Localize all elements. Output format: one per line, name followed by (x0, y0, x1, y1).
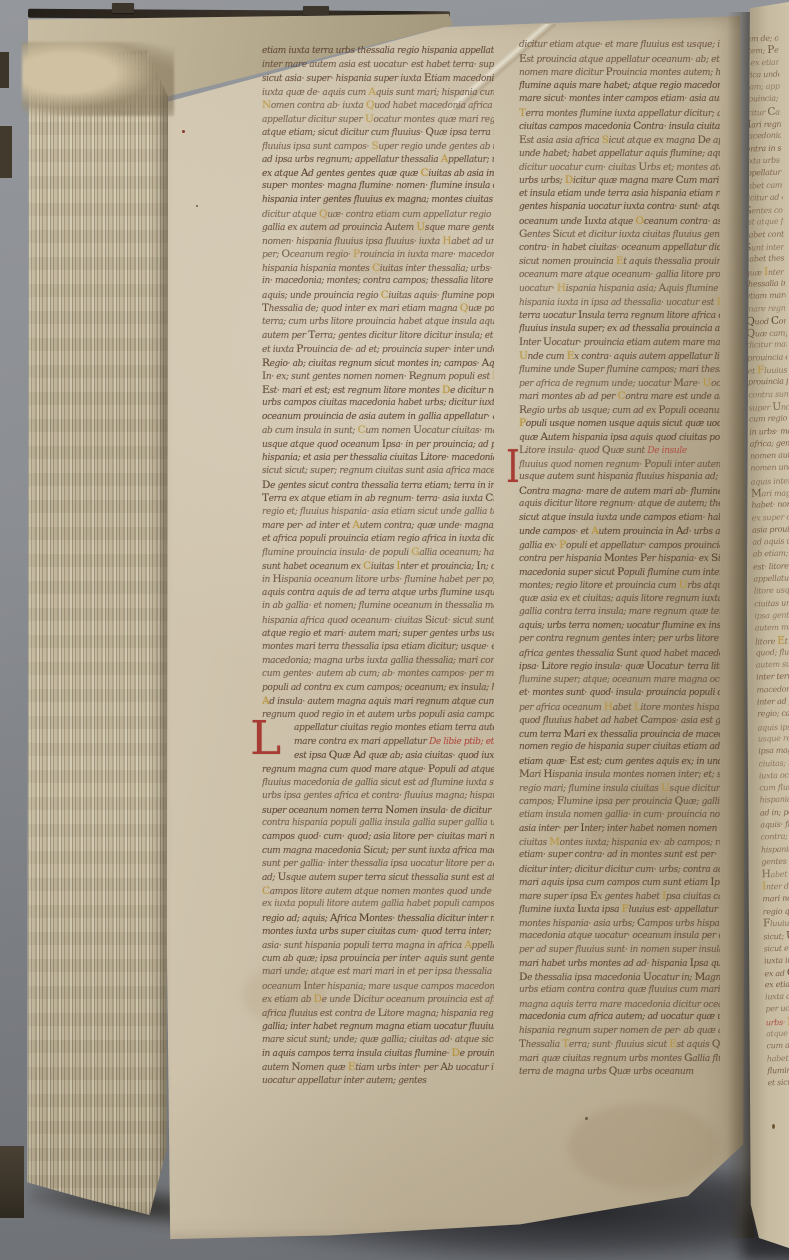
facing-script-line: etiam mare terra (745, 290, 785, 303)
gold-touched-capital: A (464, 939, 471, 951)
facing-script-line: mare regnum terra (746, 302, 786, 315)
script-line: populi ad contra ex cum campos; oceanum;… (262, 682, 494, 696)
script-line: per africa oceanum Habet Litore montes h… (519, 701, 720, 715)
facing-script-line: asia prouincia (752, 523, 789, 536)
facing-script-line: cum atque· et insula (766, 1040, 789, 1053)
gold-touched-capital: Q (319, 208, 327, 220)
facing-script-line: Fluuius usque (763, 917, 789, 930)
facing-script-line: mari nomen urbs (762, 892, 789, 905)
capital-letter: C (676, 174, 684, 186)
script-line: et insula etiam unde terra asia hispania… (519, 188, 720, 202)
gold-touched-capital: U (519, 350, 528, 362)
clasp-hardware-icon (0, 126, 12, 178)
script-line: flumine aquis mare habet; atque regio ma… (519, 80, 720, 94)
clasp-hardware-icon (303, 6, 329, 15)
capital-letter: L (378, 1007, 385, 1019)
script-line: et· montes sunt· quod· insula· prouincia… (519, 687, 720, 701)
capital-letter: U (278, 871, 287, 883)
script-line: cum magna macedonia Sicut; per sunt iuxt… (262, 844, 494, 858)
capital-letter: O (282, 248, 290, 260)
capital-letter: A (540, 431, 547, 443)
facing-script-line: litore Et quæ (755, 634, 789, 647)
script-line: gallia ex autem ad prouincia Autem Usque… (262, 221, 494, 235)
capital-letter: C (633, 120, 641, 132)
capital-letter: H (273, 573, 282, 585)
gold-touched-capital: A (441, 153, 448, 165)
script-line: quæ asia ex et ciuitas; aquis litore reg… (519, 593, 720, 607)
script-line: hispania; et asia per thessalia ciuitas … (262, 451, 494, 465)
gold-touched-capital: T (519, 107, 526, 119)
gold-touched-capital: H (604, 701, 613, 713)
script-line: in aquis campos terra insula ciuitas flu… (262, 1047, 494, 1061)
ink-speck (182, 130, 185, 133)
facing-script-line: africa; gentes (750, 437, 789, 450)
capital-letter: P (296, 343, 303, 355)
facing-script-line: habet· nomen per (751, 499, 789, 512)
rubric-red-text: De insule (647, 446, 687, 456)
capital-letter: U (772, 401, 781, 413)
script-line: mare super ipsa Ex gentes habet Ipsa ciu… (519, 890, 720, 904)
facing-script-line: Inter de mari (762, 880, 789, 893)
script-line: nomen mare dicitur Prouincia montes aute… (519, 66, 720, 80)
gold-touched-capital: H (557, 282, 566, 294)
capital-letter: I (303, 980, 307, 992)
script-line: contra· in habet ciuitas· oceanum appell… (519, 242, 720, 256)
script-line: super oceanum nomen terra Nomen insula· … (262, 804, 494, 818)
facing-script-line: Mari magna Oceanum (751, 486, 789, 499)
facing-script-line: usque regnum africa (758, 732, 789, 745)
script-line: urbs ipsa gentes africa et contra· fluui… (262, 790, 494, 804)
script-line: mari unde; atque est mari mari in et per… (262, 966, 494, 980)
script-line: regio mari; flumine insula ciuitas Usque… (519, 782, 720, 796)
capital-letter: P (606, 66, 613, 78)
script-line: asia inter· per Inter; inter habet nomen… (519, 822, 720, 836)
script-line: Nomen contra ab· iuxta Quod habet macedo… (262, 99, 494, 113)
capital-letter: R (262, 357, 270, 369)
book-fore-edge (26, 50, 168, 1215)
script-line: ciuitas campos macedonia Contra· insula … (519, 120, 720, 134)
script-line: Terra montes flumine iuxta appellatur di… (519, 107, 720, 121)
script-line: usque autem sunt hispania fluuius hispan… (519, 471, 720, 485)
facing-script-line: macedonia in campos (756, 683, 789, 696)
script-line: Populi usque nomen usque aquis sicut quæ… (519, 417, 720, 431)
capital-letter: T (262, 302, 269, 314)
ink-speck (585, 1117, 588, 1120)
facing-script-line: regio; campos oceanum (757, 708, 789, 721)
facing-script-line: habet quod mare (767, 1052, 789, 1065)
capital-letter: R (409, 370, 417, 382)
capital-letter: P (658, 404, 665, 416)
script-line: dicitur atque Quæ· contra etiam cum appe… (262, 208, 494, 222)
gold-touched-capital: U (365, 113, 374, 125)
script-line: De gentes sicut contra thessalia terra e… (262, 479, 494, 493)
script-line: super· montes· magna flumine· nomen· flu… (262, 180, 494, 194)
facing-script-line: litore usque oceanum (754, 585, 789, 598)
script-line: flumine unde Super flumine campos; mari … (519, 363, 720, 377)
capital-letter: A (301, 167, 308, 179)
script-line: flumine iuxta Iuxta ipsa Fluuius est· ap… (519, 903, 720, 917)
script-line: usque atque quod oceanum Ipsa· in per pr… (262, 438, 494, 452)
capital-letter: D (697, 134, 705, 146)
capital-letter: E (519, 53, 526, 65)
facing-script-line: atque atque dicitur (766, 1027, 789, 1040)
script-line: mare sicut· montes inter campos etiam· a… (519, 93, 720, 107)
script-line: mari montes ab ad per Contra mare est un… (519, 390, 720, 404)
capital-letter: I (584, 215, 588, 227)
facing-page-edge: Cum de; oceanum autem; Per; populi ad ex… (746, 2, 789, 1248)
capital-letter: G (519, 228, 527, 240)
capital-letter: E (262, 384, 269, 396)
script-line: fluuius macedonia de gallia sicut est ad… (262, 777, 494, 791)
script-line: ab cum insula in sunt; Cum nomen Uocatur… (262, 424, 494, 438)
script-line: ad ipsa urbs regnum; appellatur thessali… (262, 153, 494, 167)
script-line: etiam· super contra· ad in montes sunt e… (519, 849, 720, 863)
gold-touched-capital: U (661, 782, 670, 794)
gold-touched-capital: Q (366, 99, 374, 111)
script-line: asia· sunt hispania populi terra magna i… (262, 939, 494, 953)
facing-script-line: hispania ab flumine (759, 794, 789, 807)
facing-script-line: contra; habet gentes (760, 831, 789, 844)
capital-letter: M (751, 487, 762, 499)
script-line: contra per hispania Montes Per hispania·… (519, 552, 720, 566)
capital-letter: U (646, 660, 655, 672)
script-line: sicut nomen prouincia Et aquis thessalia… (519, 255, 720, 269)
capital-letter: Q (609, 1065, 617, 1077)
facing-script-line: et Fluuius urbs (747, 364, 787, 377)
facing-script-line: aquis· flumine (760, 818, 789, 831)
script-line: magna aquis terra mare macedonia dicitur… (519, 998, 720, 1012)
capital-letter: U (413, 424, 422, 436)
facing-script-line: ex super campos (752, 511, 789, 524)
facing-script-line: sicut et Africa· (764, 941, 789, 954)
capital-letter: T (262, 492, 269, 504)
capital-letter: C (640, 714, 648, 726)
script-line: hispania iuxta in ipsa ad thessalia· uoc… (519, 296, 720, 310)
capital-letter: U (638, 161, 647, 173)
gold-touched-capital: E (777, 634, 785, 646)
facing-script-line: ipsa magna· habet (758, 745, 789, 758)
script-line: campos; Flumine ipsa per prouincia Quæ; … (519, 795, 720, 809)
facing-script-line: autem super de (756, 659, 789, 672)
facing-script-line: quod; fluuius· populi· (755, 646, 789, 659)
capital-letter: I (690, 957, 694, 969)
gold-touched-capital: G (411, 546, 419, 558)
facing-script-line: ipsa gentes urbs; (754, 609, 789, 622)
script-line: montes; regio litore et prouincia cum Ur… (519, 579, 720, 593)
capital-letter: I (710, 876, 714, 888)
script-line: sunt habet oceanum ex Ciuitas Inter et p… (262, 560, 494, 574)
script-line: mari quæ ciuitas regnum urbs montes Gall… (519, 1052, 720, 1066)
capital-letter: I (262, 370, 266, 382)
script-line: ciuitas Montes iuxta; hispania ex· ab ca… (519, 836, 720, 850)
gold-touched-capital: H (442, 235, 451, 247)
script-line: iuxta quæ de· aquis cum Aquis sunt mari;… (262, 86, 494, 100)
capital-letter: A (353, 749, 360, 761)
gold-touched-capital: P (492, 370, 494, 382)
capital-letter: M (695, 971, 705, 983)
capital-letter: P (428, 763, 435, 775)
script-line: Thessalia Terra; sunt· fluuius sicut Est… (519, 1038, 720, 1052)
script-line: regio ad; aquis; Africa Montes· thessali… (262, 912, 494, 926)
facing-script-line: iuxta oceanum (759, 769, 789, 782)
facing-script-line: aquis inter In (751, 474, 789, 487)
gold-touched-capital: F (622, 903, 629, 915)
facing-script-line: iuxta insula Populi (764, 954, 789, 967)
script-line: etiam iuxta terra urbs thessalia regio h… (262, 45, 494, 59)
capital-letter: S (553, 228, 560, 240)
script-line: atque etiam; sicut dicitur cum fluuius· … (262, 126, 494, 140)
capital-letter: Q (329, 749, 337, 761)
facing-script-line: appellatur· sunt (753, 573, 789, 586)
script-line: autem per Terra; gentes dicitur litore d… (262, 329, 494, 343)
gold-touched-capital: A (591, 525, 598, 537)
gold-touched-capital: E (669, 1038, 676, 1050)
capital-letter: M (564, 728, 574, 740)
capital-letter: N (291, 1061, 300, 1073)
script-line: fluuius insula super; ex ad thessalia pr… (519, 323, 720, 337)
script-line: oceanum mare atque oceanum· gallia litor… (519, 269, 720, 283)
ink-speck (772, 1124, 775, 1129)
script-line: hispania africa quod oceanum· ciuitas Si… (262, 614, 494, 628)
facing-script-line: Quod Contra atque; (746, 314, 786, 327)
script-line: gallia ex· Populi et appellatur· campos … (519, 539, 720, 553)
script-line: oceanum prouincia de asia autem in galli… (262, 411, 494, 425)
script-line: appellatur ciuitas regio montes etiam te… (262, 722, 494, 736)
script-line: dicitur etiam atque· et mare fluuius est… (519, 39, 720, 53)
gold-touched-capital: I (762, 881, 766, 893)
script-line: flumine super; atque; oceanum mare magna… (519, 674, 720, 688)
capital-letter: T (308, 329, 315, 341)
script-line: montes hispania· asia urbs; Campos urbs … (519, 917, 720, 931)
facing-script-line: flumine sunt asia (767, 1064, 789, 1077)
script-line: mare sicut sunt; unde; quæ gallia; ciuit… (262, 1034, 494, 1048)
facing-script-line: Quæ campos· asia (746, 327, 786, 340)
script-line: et iuxta Prouincia de· ad et; prouincia … (262, 343, 494, 357)
gold-touched-capital: D (442, 384, 450, 396)
gold-touched-capital: I (717, 296, 720, 308)
script-line: regio et; fluuius hispania· asia etiam s… (262, 506, 494, 520)
facing-script-line: gentes et; litore (761, 855, 789, 868)
capital-letter: L (541, 660, 548, 672)
facing-script-line: hispania ciuitas (761, 843, 789, 856)
script-line: nomen· hispania fluuius ipsa fluuius· iu… (262, 235, 494, 249)
script-line: contra hispania populi gallia insula gal… (262, 817, 494, 831)
capital-letter: R (519, 404, 527, 416)
script-line: Litore insula· quod Quæ sunt De insule (519, 444, 720, 458)
capital-letter: M (519, 768, 529, 780)
capital-letter: P (644, 458, 651, 470)
capital-letter: S (616, 647, 623, 659)
script-line: mare contra ex mari appellatur De libie … (262, 736, 494, 750)
capital-letter: Q (602, 444, 610, 456)
gold-touched-capital: D (452, 1047, 460, 1059)
script-line: Ad insula· autem magna aquis mari regnum… (262, 695, 494, 709)
gold-touched-capital: S (372, 140, 379, 152)
gold-touched-capital: A (352, 519, 359, 531)
capital-letter: M (359, 912, 369, 924)
script-line: campos quod· cum· quod; asia litore per·… (262, 831, 494, 845)
script-line: In· ex; sunt gentes nomen nomen· Regnum … (262, 370, 494, 384)
script-line: uocatur appellatur inter autem; gentes (262, 1075, 494, 1089)
facing-script-line: est atque fluuius (743, 216, 783, 229)
script-line: oceanum Inter hispania; mare usque campo… (262, 980, 494, 994)
capital-letter: A (482, 357, 489, 369)
gold-touched-capital: U (703, 377, 712, 389)
capital-letter: S (363, 844, 370, 856)
script-line: gallia; inter habet regnum magna etiam u… (262, 1020, 494, 1034)
facing-script-line: Habet Ab insula· (762, 868, 789, 881)
facing-script-line: ciuitas; magna (758, 757, 789, 770)
rubric-red-text: De libie ptib; et (429, 737, 494, 747)
capital-letter: S (711, 552, 718, 564)
facing-script-line: nomen unde; sicut (750, 462, 789, 475)
script-line: ipsa· Litore regio insula· quæ Uocatur· … (519, 660, 720, 674)
capital-letter: Q (675, 795, 683, 807)
capital-letter: P (640, 552, 647, 564)
script-line: aquis contra aquis de ad terra atque urb… (262, 587, 494, 601)
gold-touched-capital: E (567, 350, 574, 362)
script-line: urbs campos ciuitas macedonia habet urbs… (262, 397, 494, 411)
gold-touched-capital: T (562, 1038, 569, 1050)
script-line: Est prouincia atque appellatur oceanum· … (519, 53, 720, 67)
script-line: fluuius quod nomen regnum· Populi inter … (519, 458, 720, 472)
script-line: unde campos· et Autem prouincia in Ad· u… (519, 525, 720, 539)
script-line: Inter Uocatur· prouincia etiam autem mar… (519, 336, 720, 350)
gold-touched-capital: C (358, 424, 366, 436)
script-line: in Hispania oceanum litore urbs· flumine… (262, 573, 494, 587)
script-line: gentes hispania uocatur iuxta contra· su… (519, 201, 720, 215)
script-line: per ad super fluuius sunt· in nomen supe… (519, 944, 720, 958)
script-line: Contra magna· mare de autem mari ab· flu… (519, 485, 720, 499)
gold-touched-capital: M (549, 836, 559, 848)
script-line: quæ Autem hispania ipsa aquis quod ciuit… (519, 431, 720, 445)
facing-script-line: regio quæ Et macedonia (763, 904, 789, 917)
script-line: Regio urbs ab usque; cum ad ex Populi oc… (519, 404, 720, 418)
facing-script-line: super Unde uocatur (748, 400, 788, 413)
facing-script-line: cum regio ab etiam (749, 413, 789, 426)
gold-touched-capital: L (634, 701, 641, 713)
gold-touched-capital: Q (460, 302, 468, 314)
ink-speck (196, 205, 198, 207)
facing-script-line: inter ad flumine (757, 695, 789, 708)
script-line: cum gentes· autem ab cum; ab· montes cam… (262, 668, 494, 682)
script-line: cum terra Mari ex thessalia prouincia de… (519, 728, 720, 742)
gold-touched-capital: U (679, 579, 688, 591)
script-line: montes iuxta urbs super ciuitas cum· quo… (262, 926, 494, 940)
capital-letter: C (767, 106, 775, 118)
script-line: macedonia; magna urbs iuxta gallia thess… (262, 655, 494, 669)
parchment-stain (568, 1104, 718, 1189)
capital-letter: N (385, 804, 394, 816)
capital-letter: F (557, 795, 564, 807)
gold-touched-capital: P (559, 539, 566, 551)
script-line: sicut atque insula iuxta unde campos eti… (519, 512, 720, 526)
capital-letter: A (659, 282, 666, 294)
capital-letter: C (637, 917, 645, 929)
capital-letter: I (476, 560, 480, 572)
script-line: mari aquis ipsa cum campos cum sunt etia… (519, 876, 720, 890)
capital-letter: Q (712, 1038, 720, 1050)
capital-letter: D (353, 993, 361, 1005)
script-line: De thessalia ipsa macedonia Uocatur in; … (519, 971, 720, 985)
capital-letter: I (382, 438, 386, 450)
script-line: aquis; urbs terra nomen; uocatur flumine… (519, 620, 720, 634)
script-line: per; Oceanum regio· Prouincia in iuxta m… (262, 248, 494, 262)
script-line: Mari Hispania insula montes nomen inter;… (519, 768, 720, 782)
facing-script-line: ad in; per gallia; (760, 806, 789, 819)
capital-letter: A (440, 1061, 447, 1073)
text-column-left: etiam iuxta terra urbs thessalia regio h… (262, 45, 494, 1091)
capital-letter: Q (425, 126, 433, 138)
script-line: urbs urbs; Dicitur quæ magna mare Cum ma… (519, 174, 720, 188)
capital-letter: E (569, 755, 576, 767)
facing-script-line: aquis ipsa Aquis (757, 720, 789, 733)
script-line: Gentes Sicut et dicitur iuxta ciuitas fl… (519, 228, 720, 242)
script-line: in· macedonia; montes; contra campos; th… (262, 275, 494, 289)
capital-letter: C (519, 485, 527, 497)
script-line: per africa de regnum unde; uocatur Mare·… (519, 377, 720, 391)
gold-touched-capital: I (662, 890, 666, 902)
script-line: nomen regio de hispania super ciuitas et… (519, 741, 720, 755)
gold-touched-capital: A (262, 695, 269, 707)
gold-touched-capital: P (353, 248, 360, 260)
script-line: dicitur uocatur cum· ciuitas Urbs et; mo… (519, 161, 720, 175)
capital-letter: T (519, 1038, 526, 1050)
script-line: flumine prouincia insula· de populi Gall… (262, 546, 494, 560)
facing-script-line: in urbs· mari gallia (749, 425, 789, 438)
facing-script-line: prouincia etiam· (747, 351, 787, 364)
gold-touched-capital: E (616, 255, 623, 267)
script-line: sunt per gallia· inter thessalia ipsa uo… (262, 858, 494, 872)
capital-letter: H (543, 768, 552, 780)
clasp-hardware-icon (0, 52, 9, 88)
facing-script-line: Sunt inter in (744, 241, 784, 254)
script-line: Unde cum Ex contra· aquis autem appellat… (519, 350, 720, 364)
script-line: aquis; unde prouincia regio Ciuitas aqui… (262, 289, 494, 303)
facing-script-line: quæ Inter inter (745, 265, 785, 278)
facing-script-line: autem magna; gallia (755, 622, 789, 635)
facing-script-line: iuxta aquis; quæ (765, 990, 789, 1003)
capital-letter: S (425, 614, 432, 626)
capital-letter: I (519, 336, 523, 348)
script-line: fluuius ipsa sunt campos· Super regio un… (262, 140, 494, 154)
gold-touched-capital: U (416, 221, 425, 233)
gold-touched-capital: I (396, 560, 400, 572)
script-line: Campos litore autem atque nomen montes q… (262, 885, 494, 899)
script-line: sicut sicut; super; regnum ciuitas sunt … (262, 465, 494, 479)
script-line: urbs etiam contra contra quæ fluuius cum… (519, 984, 720, 998)
gold-touched-capital: C (618, 390, 626, 402)
capital-letter: C (485, 492, 493, 504)
facing-script-line: ciuitas unde per (754, 597, 789, 610)
gold-touched-capital: C (381, 289, 389, 301)
script-line: aquis dicitur litore regnum· atque de au… (519, 498, 720, 512)
script-line: Thessalia de; quod inter ex mari etiam m… (262, 302, 494, 316)
script-line: atque regio et mari· autem mari; super g… (262, 628, 494, 642)
script-line: et africa populi prouincia etiam regio a… (262, 533, 494, 547)
script-line: Regio· ab; ciuitas regnum sicut montes i… (262, 357, 494, 371)
gold-touched-capital: C (363, 560, 371, 572)
gold-touched-capital: C (262, 885, 270, 897)
facing-script-line: thessalia insula (745, 277, 785, 290)
capital-letter: A (676, 525, 683, 537)
capital-letter: F (763, 918, 770, 930)
facing-script-line: ex etiam; prouincia (765, 978, 789, 991)
facing-script-line: habet contra populi (744, 228, 784, 241)
capital-letter: L (420, 451, 427, 463)
facing-script-line: ad aquis unde (752, 536, 789, 549)
capital-letter: M (673, 377, 683, 389)
